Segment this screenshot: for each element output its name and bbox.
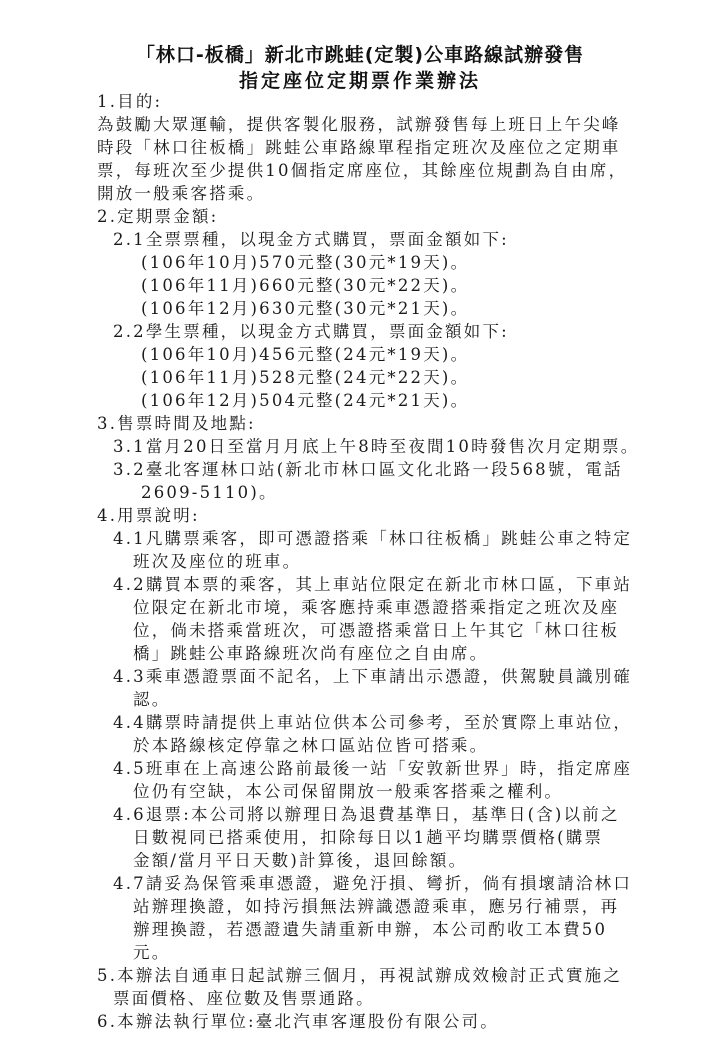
text-line: (106年12月)504元整(24元*21天)。	[141, 390, 469, 412]
text-line: 票，每班次至少提供10個指定席座位，其餘座位規劃為自由席，	[97, 160, 627, 182]
text-line: 認。	[133, 689, 170, 711]
text-line: 金額/當月平日天數)計算後，退回餘額。	[133, 850, 467, 872]
text-line: 4.7請妥為保管乘車憑證，避免汙損、彎折，倘有損壞請洽林口	[113, 873, 632, 895]
text-line: (106年10月)570元整(30元*19天)。	[141, 252, 469, 274]
text-line: (106年11月)528元整(24元*22天)。	[141, 367, 469, 389]
text-line: 2.2學生票種，以現金方式購買，票面金額如下:	[113, 321, 509, 343]
text-line: 4.3乘車憑證票面不記名，上下車請出示憑證，供駕駛員識別確	[113, 666, 632, 688]
text-line: 2.1全票票種，以現金方式購買，票面金額如下:	[113, 229, 509, 251]
text-line: 位，倘未搭乘當班次，可憑證搭乘當日上午其它「林口往板	[133, 620, 619, 642]
text-line: 4.4購票時請提供上車站位供本公司參考，至於實際上車站位，	[113, 712, 632, 734]
text-line: (106年12月)630元整(30元*21天)。	[141, 298, 469, 320]
text-line: 為鼓勵大眾運輸，提供客製化服務，試辦發售每上班日上午尖峰	[97, 114, 621, 136]
text-line: 票面價格、座位數及售票通路。	[113, 988, 375, 1010]
text-line: 於本路線核定停靠之林口區站位皆可搭乘。	[133, 735, 488, 757]
text-line: 5.本辦法自通車日起試辦三個月，再視試辦成效檢討正式實施之	[97, 965, 622, 987]
text-line: 班次及座位的班車。	[133, 551, 301, 573]
text-line: 4.2購買本票的乘客，其上車站位限定在新北市林口區，下車站	[113, 574, 632, 596]
text-line: 2.定期票金額:	[97, 206, 218, 228]
text-line: 開放一般乘客搭乘。	[97, 183, 265, 205]
text-line: 4.用票說明:	[97, 505, 200, 527]
text-line: 1.目的:	[97, 91, 162, 113]
text-line: 4.6退票:本公司將以辦理日為退費基準日，基準日(含)以前之	[113, 804, 620, 826]
text-line: 2609-5110)。	[141, 482, 278, 504]
text-line: 3.1當月20日至當月月底上午8時至夜間10時發售次月定期票。	[113, 436, 639, 458]
text-line: 日數視同已搭乘使用，扣除每日以1趟平均購票價格(購票	[133, 827, 603, 849]
text-line: 位仍有空缺，本公司保留開放一般乘客搭乘之權利。	[133, 781, 563, 803]
text-line: 元。	[133, 942, 170, 964]
text-line: 3.2臺北客運林口站(新北市林口區文化北路一段568號，電話	[113, 459, 623, 481]
document-title-line1: 「林口-板橋」新北市跳蛙(定製)公車路線試辦發售	[0, 40, 720, 67]
text-line: 站辦理換證，如持污損無法辨識憑證乘車，應另行補票，再	[133, 896, 619, 918]
text-line: 時段「林口往板橋」跳蛙公車路線單程指定班次及座位之定期車	[97, 137, 621, 159]
document-title-line2: 指定座位定期票作業辦法	[0, 66, 720, 93]
text-line: 位限定在新北市境，乘客應持乘車憑證搭乘指定之班次及座	[133, 597, 619, 619]
text-line: 4.5班車在上高速公路前最後一站「安敦新世界」時，指定席座	[113, 758, 632, 780]
text-line: 辦理換證，若憑證遺失請重新申辦，本公司酌收工本費50	[133, 919, 607, 941]
text-line: 6.本辦法執行單位:臺北汽車客運股份有限公司。	[97, 1011, 499, 1033]
text-line: 橋」跳蛙公車路線班次尚有座位之自由席。	[133, 643, 488, 665]
text-line: 3.售票時間及地點:	[97, 413, 256, 435]
text-line: (106年10月)456元整(24元*19天)。	[141, 344, 469, 366]
text-line: 4.1凡購票乘客，即可憑證搭乘「林口往板橋」跳蛙公車之特定	[113, 528, 632, 550]
text-line: (106年11月)660元整(30元*22天)。	[141, 275, 469, 297]
